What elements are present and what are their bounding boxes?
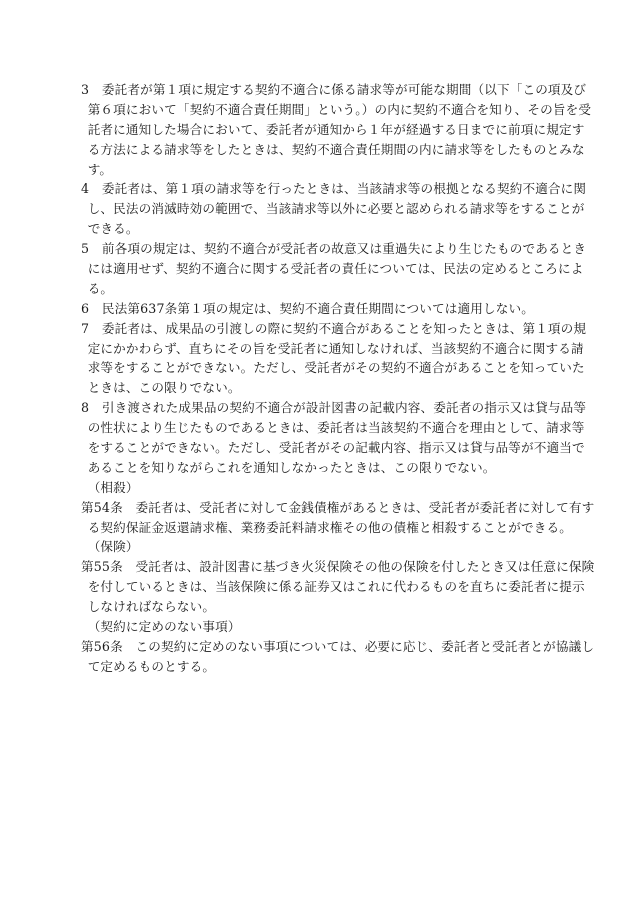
text-line: ときは、この限りでない。 [81, 378, 551, 398]
clause-7: 7 委託者は、成果品の引渡しの際に契約不適合があることを知ったときは、第１項の規… [81, 319, 551, 399]
text-line: 第55条 受託者は、設計図書に基づき火災保険その他の保険を付したとき又は任意に保… [81, 557, 551, 577]
text-line: あることを知りながらこれを通知しなかったときは、この限りでない。 [81, 458, 551, 478]
article-56: （契約に定めのない事項） 第56条 この契約に定めのない事項については、必要に応… [81, 617, 551, 677]
text-line: を付しているときは、当該保険に係る証券又はこれに代わるものを直ちに委託者に提示 [81, 577, 551, 597]
text-line: 第６項において「契約不適合責任期間」という。）の内に契約不適合を知り、その旨を受 [81, 100, 551, 120]
text-line: 第56条 この契約に定めのない事項については、必要に応じ、委託者と受託者とが協議… [81, 637, 551, 657]
text-line: す。 [81, 160, 551, 180]
document-page: 3 委託者が第１項に規定する契約不適合に係る請求等が可能な期間（以下「この項及び… [0, 0, 630, 903]
text-line: 定にかかわらず、直ちにその旨を受託者に通知しなければ、当該契約不適合に関する請 [81, 339, 551, 359]
text-line: 託者に通知した場合において、委託者が通知から１年が経過する日までに前項に規定す [81, 120, 551, 140]
clause-6: 6 民法第637条第１項の規定は、契約不適合責任期間については適用しない。 [81, 299, 551, 319]
text-line: 4 委託者は、第１項の請求等を行ったときは、当該請求等の根拠となる契約不適合に関 [81, 179, 551, 199]
article-54: （相殺） 第54条 委託者は、受託者に対して金銭債権があるときは、受託者が委託者… [81, 478, 551, 538]
text-line: る。 [81, 279, 551, 299]
text-line: しなければならない。 [81, 597, 551, 617]
text-line: て定めるものとする。 [81, 657, 551, 677]
text-line: できる。 [81, 219, 551, 239]
text-line: 5 前各項の規定は、契約不適合が受託者の故意又は重過失により生じたものであるとき [81, 239, 551, 259]
text-line: 7 委託者は、成果品の引渡しの際に契約不適合があることを知ったときは、第１項の規 [81, 319, 551, 339]
text-line: 8 引き渡された成果品の契約不適合が設計図書の記載内容、委託者の指示又は貸与品等 [81, 398, 551, 418]
article-heading: （相殺） [81, 478, 551, 498]
text-line: る方法による請求等をしたときは、契約不適合責任期間の内に請求等をしたものとみな [81, 140, 551, 160]
text-line: 第54条 委託者は、受託者に対して金銭債権があるときは、受託者が委託者に対して有… [81, 498, 551, 518]
text-line: し、民法の消滅時効の範囲で、当該請求等以外に必要と認められる請求等をすることが [81, 199, 551, 219]
article-heading: （保険） [81, 537, 551, 557]
clause-3: 3 委託者が第１項に規定する契約不適合に係る請求等が可能な期間（以下「この項及び… [81, 80, 551, 179]
clause-5: 5 前各項の規定は、契約不適合が受託者の故意又は重過失により生じたものであるとき… [81, 239, 551, 299]
text-line: る契約保証金返還請求権、業務委託料請求権その他の債権と相殺することができる。 [81, 518, 551, 538]
clause-8: 8 引き渡された成果品の契約不適合が設計図書の記載内容、委託者の指示又は貸与品等… [81, 398, 551, 478]
article-55: （保険） 第55条 受託者は、設計図書に基づき火災保険その他の保険を付したとき又… [81, 537, 551, 617]
text-line: の性状により生じたものであるときは、委託者は当該契約不適合を理由として、請求等 [81, 418, 551, 438]
document-body: 3 委託者が第１項に規定する契約不適合に係る請求等が可能な期間（以下「この項及び… [81, 80, 551, 677]
text-line: 3 委託者が第１項に規定する契約不適合に係る請求等が可能な期間（以下「この項及び [81, 80, 551, 100]
article-heading: （契約に定めのない事項） [81, 617, 551, 637]
text-line: 求等をすることができない。ただし、受託者がその契約不適合があることを知っていた [81, 358, 551, 378]
text-line: をすることができない。ただし、受託者がその記載内容、指示又は貸与品等が不適当で [81, 438, 551, 458]
text-line: 6 民法第637条第１項の規定は、契約不適合責任期間については適用しない。 [81, 299, 551, 319]
clause-4: 4 委託者は、第１項の請求等を行ったときは、当該請求等の根拠となる契約不適合に関… [81, 179, 551, 239]
text-line: には適用せず、契約不適合に関する受託者の責任については、民法の定めるところによ [81, 259, 551, 279]
